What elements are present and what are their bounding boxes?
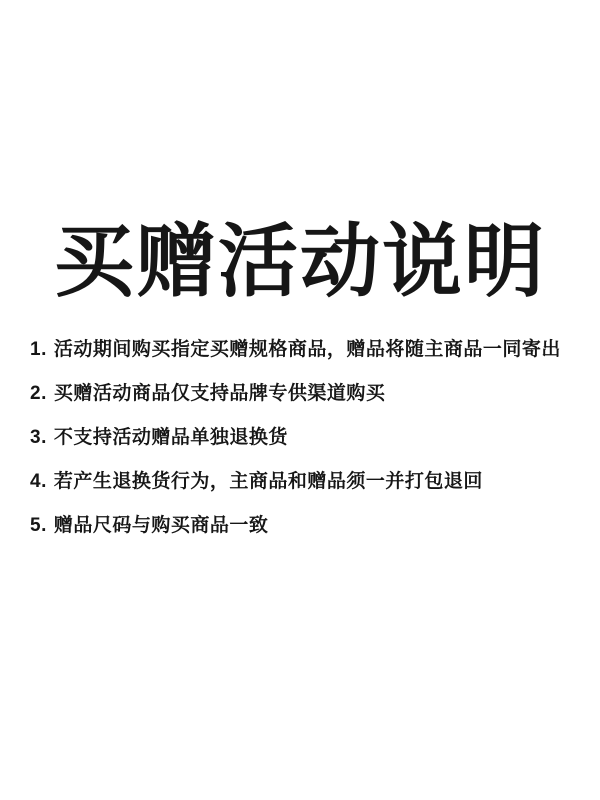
list-item: 5.赠品尺码与购买商品一致 [30, 504, 590, 548]
item-number: 5. [30, 504, 47, 548]
item-number: 4. [30, 460, 47, 504]
list-item: 1.活动期间购买指定买赠规格商品，赠品将随主商品一同寄出 [30, 328, 590, 372]
item-text: 买赠活动商品仅支持品牌专供渠道购买 [54, 383, 386, 404]
promo-info-page: 买赠活动说明 1.活动期间购买指定买赠规格商品，赠品将随主商品一同寄出 2.买赠… [0, 0, 600, 800]
list-item: 2.买赠活动商品仅支持品牌专供渠道购买 [30, 372, 590, 416]
item-text: 不支持活动赠品单独退换货 [54, 427, 288, 448]
item-number: 1. [30, 328, 47, 372]
list-item: 3.不支持活动赠品单独退换货 [30, 416, 590, 460]
page-title: 买赠活动说明 [0, 218, 600, 306]
item-text: 活动期间购买指定买赠规格商品，赠品将随主商品一同寄出 [54, 339, 561, 360]
item-text: 赠品尺码与购买商品一致 [54, 515, 269, 536]
item-text: 若产生退换货行为，主商品和赠品须一并打包退回 [54, 471, 483, 492]
item-number: 2. [30, 372, 47, 416]
item-number: 3. [30, 416, 47, 460]
notes-list: 1.活动期间购买指定买赠规格商品，赠品将随主商品一同寄出 2.买赠活动商品仅支持… [0, 328, 600, 548]
list-item: 4.若产生退换货行为，主商品和赠品须一并打包退回 [30, 460, 590, 504]
